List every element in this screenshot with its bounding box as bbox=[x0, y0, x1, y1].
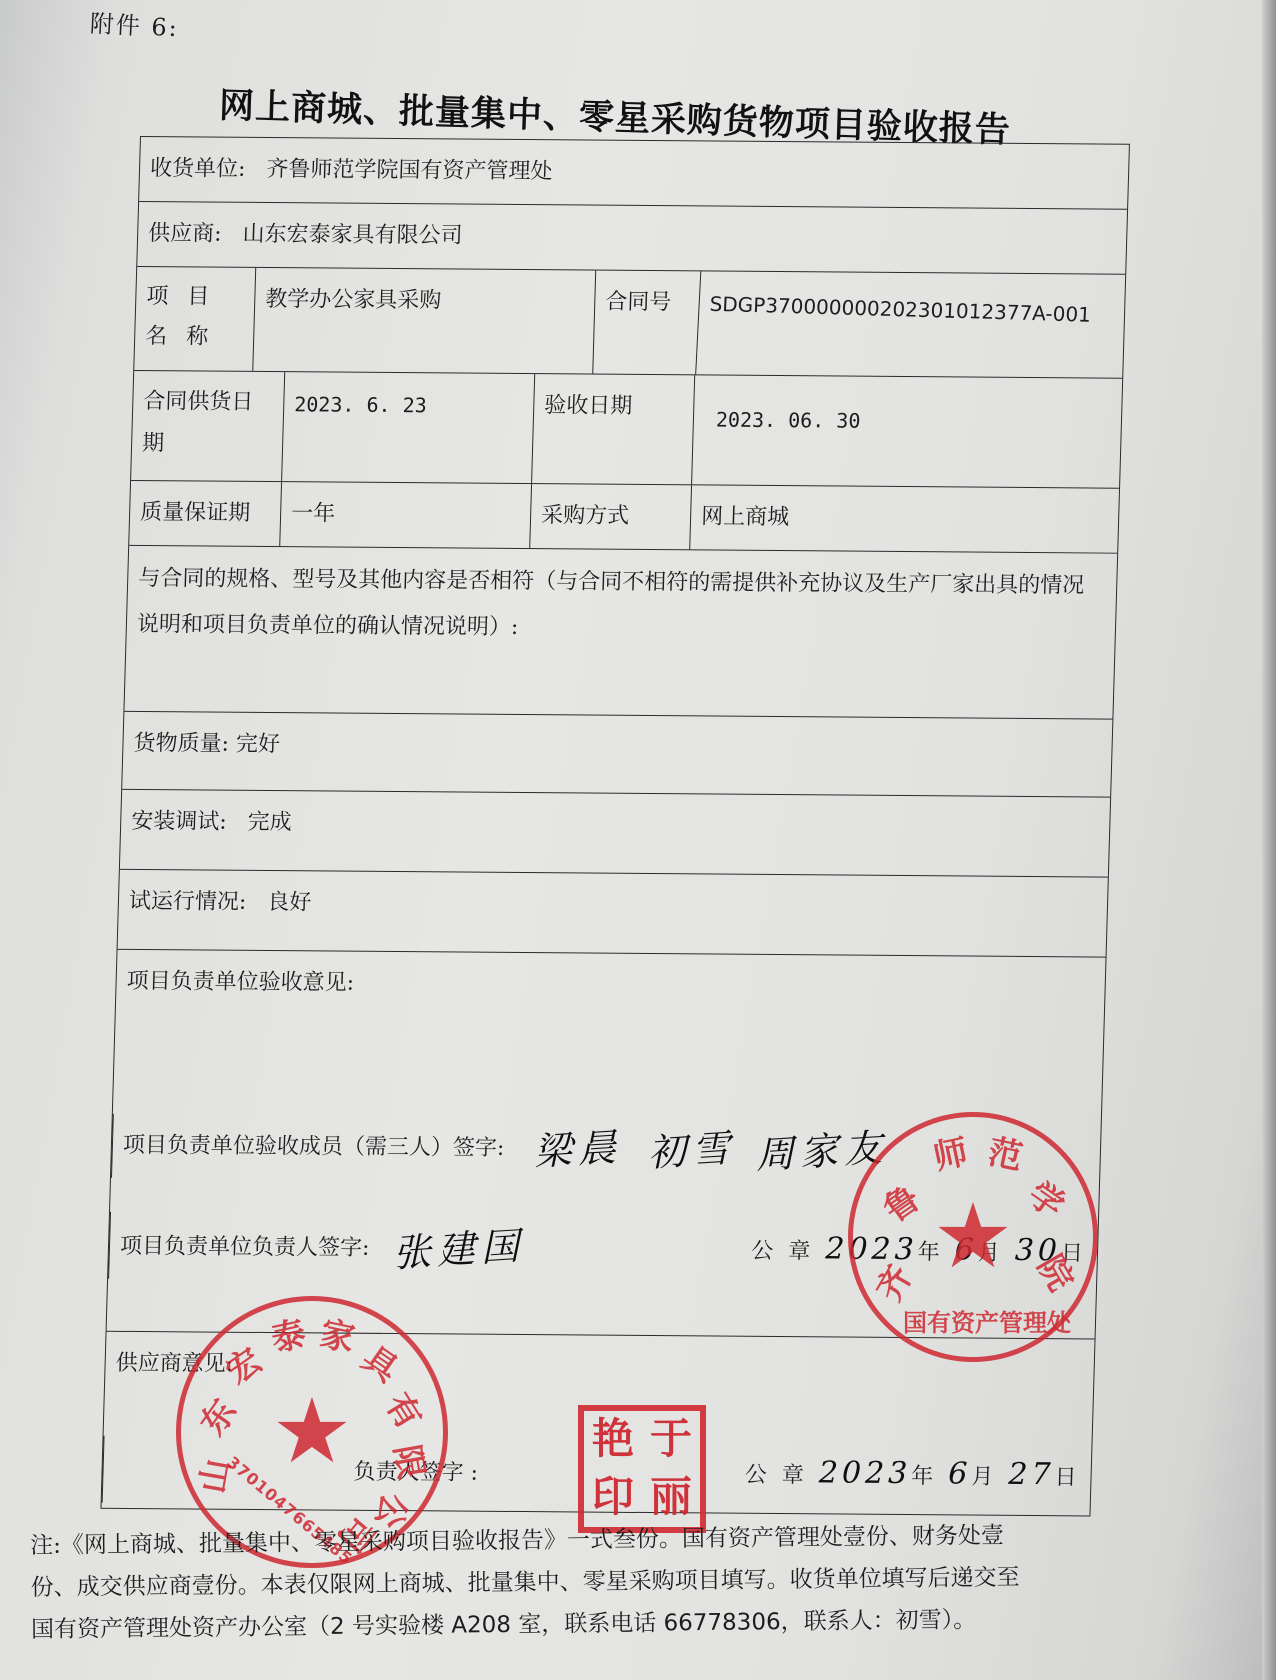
member-signature-2: 初雪 bbox=[647, 1126, 737, 1175]
unit-opinion-label: 项目负责单位验收意见: bbox=[116, 950, 1106, 1022]
contract-no-label: 合同号 bbox=[592, 271, 699, 375]
warranty-label: 质量保证期 bbox=[129, 481, 281, 546]
procurement-method-label: 采购方式 bbox=[529, 484, 691, 549]
footnote: 注:《网上商城、批量集中、零星采购项目验收报告》一式叁份。国有资产管理处壹份、财… bbox=[30, 1512, 1251, 1651]
supplier-date-year: 2023 bbox=[818, 1455, 911, 1491]
spec-compliance-label: 与合同的规格、型号及其他内容是否相符（与合同不相符的需提供补充协议及生产厂家出具… bbox=[124, 546, 1117, 719]
acceptance-form: 收货单位: 齐鲁师范学院国有资产管理处 供应商: 山东宏泰家具有限公司 项 目 … bbox=[100, 136, 1130, 1517]
acceptance-date-label: 验收日期 bbox=[531, 374, 694, 484]
warranty-value: 一年 bbox=[279, 482, 531, 548]
unit-head-label: 项目负责单位负责人签字: bbox=[119, 1225, 370, 1271]
supplier-date-day-suffix: 日 bbox=[1054, 1465, 1081, 1490]
supplier-date: 公 章 2023年 6月 27日 bbox=[744, 1451, 1081, 1501]
row-supplier-opinion: 供应商意见: 负责人签字 : 公 章 2023年 6月 27日 bbox=[101, 1332, 1094, 1516]
project-name-label: 项 目 名 称 bbox=[134, 267, 255, 371]
goods-quality-value: 完好 bbox=[236, 732, 281, 757]
unit-date-month-suffix: 月 bbox=[977, 1241, 1004, 1266]
unit-date-day: 30 bbox=[1014, 1233, 1061, 1268]
unit-date-month: 6 bbox=[954, 1232, 978, 1267]
row-spec-compliance: 与合同的规格、型号及其他内容是否相符（与合同不相符的需提供补充协议及生产厂家出具… bbox=[124, 546, 1117, 720]
supplier-seal-label: 公 章 bbox=[744, 1463, 808, 1488]
unit-head-signature: 张建国 bbox=[393, 1224, 527, 1276]
receiving-unit-label: 收货单位: bbox=[150, 156, 246, 182]
goods-quality-label: 货物质量: bbox=[133, 731, 229, 757]
supplier-date-day: 27 bbox=[1008, 1457, 1055, 1492]
unit-seal-label: 公 章 bbox=[751, 1239, 815, 1264]
supplier-head-label: 负责人签字 : bbox=[353, 1451, 479, 1496]
unit-head-line: 项目负责单位负责人签字: 张建国 公 章 2023年 6月 30日 bbox=[108, 1212, 1098, 1287]
member-signature-1: 梁晨 bbox=[533, 1125, 623, 1174]
acceptance-date-value: 2023. 06. 30 bbox=[691, 375, 1122, 487]
unit-date-year-suffix: 年 bbox=[917, 1240, 944, 1265]
supplier-date-month: 6 bbox=[948, 1456, 972, 1491]
procurement-method-value: 网上商城 bbox=[689, 485, 1119, 552]
row-project: 项 目 名 称 教学办公家具采购 合同号 SDGP370000000202301… bbox=[134, 267, 1125, 379]
paper-edge bbox=[1262, 0, 1276, 1680]
acceptance-members-line: 项目负责单位验收成员（需三人）签字: 梁晨 初雪 周家友 bbox=[111, 1114, 1101, 1186]
trial-run-label: 试运行情况: bbox=[129, 889, 247, 915]
supplier-date-year-suffix: 年 bbox=[911, 1464, 938, 1489]
unit-date-day-suffix: 日 bbox=[1061, 1241, 1088, 1266]
row-unit-opinion: 项目负责单位验收意见: 项目负责单位验收成员（需三人）签字: 梁晨 初雪 周家友… bbox=[107, 950, 1106, 1340]
supplier-head-line: 负责人签字 : 公 章 2023年 6月 27日 bbox=[102, 1436, 1092, 1511]
row-dates: 合同供货日期 2023. 6. 23 验收日期 2023. 06. 30 bbox=[131, 371, 1122, 489]
installation-label: 安装调试: bbox=[131, 809, 227, 835]
row-trial-run: 试运行情况: 良好 bbox=[118, 870, 1108, 958]
project-name-value: 教学办公家具采购 bbox=[252, 268, 595, 374]
trial-run-value: 良好 bbox=[267, 890, 312, 915]
unit-head-date: 公 章 2023年 6月 30日 bbox=[751, 1227, 1088, 1277]
supplier-value: 山东宏泰家具有限公司 bbox=[242, 222, 463, 249]
acceptance-members-label: 项目负责单位验收成员（需三人）签字: bbox=[122, 1124, 505, 1171]
unit-date-year: 2023 bbox=[825, 1231, 918, 1267]
row-receiving-unit: 收货单位: 齐鲁师范学院国有资产管理处 bbox=[139, 137, 1129, 210]
contract-no-value: SDGP370000000202301012377A-001 bbox=[695, 271, 1126, 386]
supplier-label: 供应商: bbox=[148, 221, 222, 247]
supplier-date-month-suffix: 月 bbox=[971, 1465, 998, 1490]
member-signature-3: 周家友 bbox=[755, 1125, 889, 1177]
supplier-opinion-label: 供应商意见: bbox=[105, 1332, 1095, 1404]
row-installation: 安装调试: 完成 bbox=[120, 790, 1110, 878]
row-supplier: 供应商: 山东宏泰家具有限公司 bbox=[137, 202, 1127, 275]
row-warranty: 质量保证期 一年 采购方式 网上商城 bbox=[129, 481, 1119, 554]
contract-supply-date-label: 合同供货日期 bbox=[131, 371, 284, 481]
contract-supply-date-value: 2023. 6. 23 bbox=[281, 372, 534, 483]
row-goods-quality: 货物质量: 完好 bbox=[122, 712, 1112, 798]
installation-value: 完成 bbox=[247, 810, 292, 835]
receiving-unit-value: 齐鲁师范学院国有资产管理处 bbox=[266, 157, 553, 184]
attachment-label: 附件 6: bbox=[89, 4, 180, 44]
